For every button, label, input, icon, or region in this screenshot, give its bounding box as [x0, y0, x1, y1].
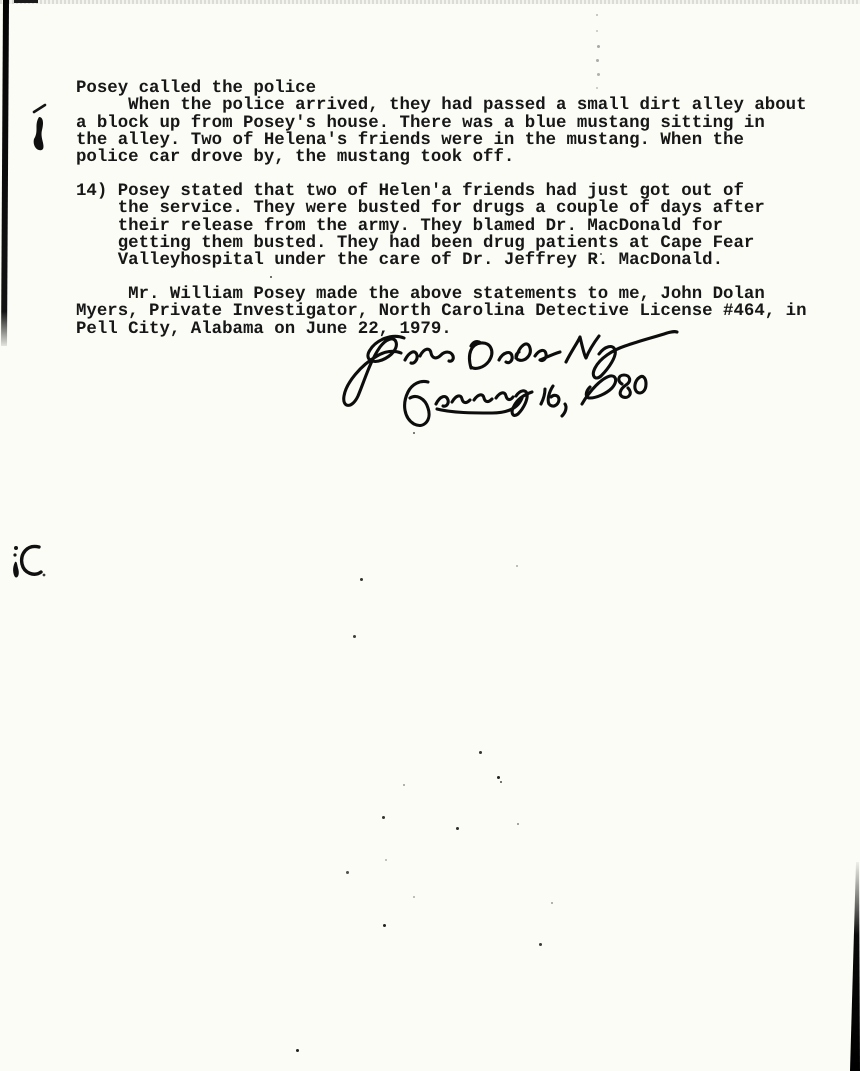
scan-dust-speck [456, 827, 459, 830]
scan-dust-speck [516, 565, 518, 567]
signature-january-stroke [405, 381, 429, 425]
signature-dolan-stroke [469, 342, 491, 369]
scan-dust-speck [551, 902, 553, 904]
handwritten-signature [340, 328, 690, 432]
scan-right-edge-line [846, 862, 860, 1071]
scan-dust-speck [403, 784, 405, 786]
scan-left-edge-line [0, 0, 14, 350]
scan-dust-speck [596, 59, 599, 62]
scan-top-edge-dark-artifact [14, 0, 38, 3]
scan-dust-speck [596, 14, 598, 16]
scan-dust-speck [539, 943, 542, 946]
stray-pen-mark [8, 540, 52, 584]
scan-top-edge-artifact [0, 0, 860, 4]
scan-dust-speck [596, 87, 598, 89]
scan-dust-speck [597, 45, 600, 48]
signature-myers-stroke [566, 336, 599, 362]
scan-dust-speck [413, 896, 415, 898]
signature-date-1980 [582, 376, 616, 404]
scan-dust-speck [497, 776, 500, 779]
paragraph-police-arrival: Posey called the police When the police … [76, 80, 807, 166]
scan-dust-speck [597, 73, 600, 76]
scan-dust-speck [479, 751, 482, 754]
scan-dust-speck [413, 432, 415, 434]
scan-dust-speck [270, 276, 272, 278]
scan-dust-speck [385, 859, 387, 861]
scan-dust-speck [500, 781, 502, 783]
scan-dust-speck [353, 635, 356, 638]
scan-dust-speck [360, 578, 363, 581]
signature-date-16 [541, 386, 566, 416]
scan-dust-speck [382, 816, 385, 819]
scan-dust-speck [346, 871, 349, 874]
scanned-document-page: Posey called the police When the police … [0, 0, 860, 1071]
scan-dust-speck [596, 30, 598, 32]
scan-dust-speck [517, 823, 519, 825]
scan-dust-speck [383, 924, 386, 927]
scan-dust-speck [296, 1049, 299, 1052]
scan-dust-speck [600, 253, 602, 255]
signature-john-stroke [344, 336, 404, 405]
paragraph-item-14: 14) Posey stated that two of Helen'a fri… [76, 183, 765, 269]
margin-ink-blot-mark [26, 100, 54, 158]
